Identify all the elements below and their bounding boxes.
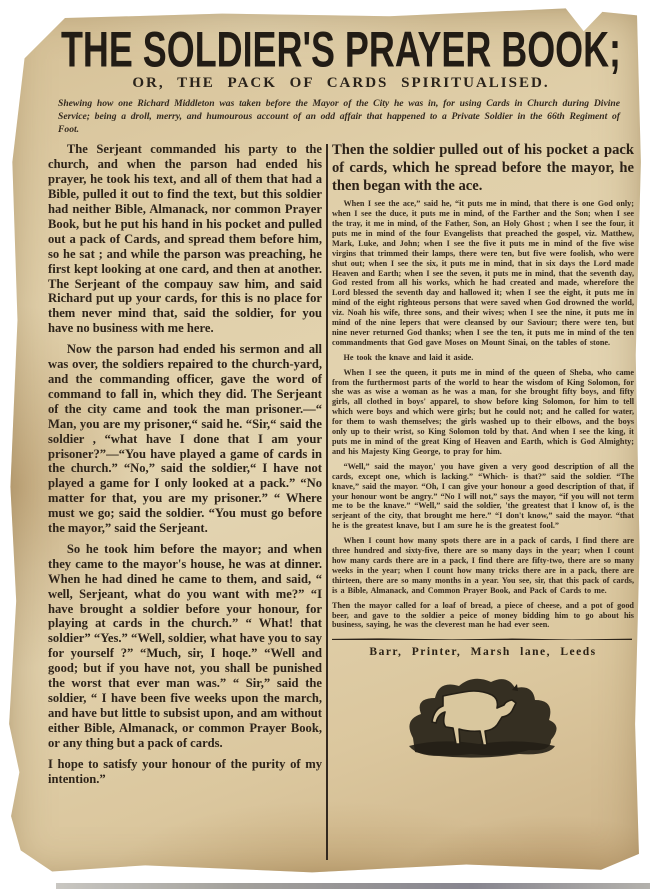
horse-woodcut-icon [399,668,567,760]
left-column: The Serjeant commanded his party to the … [48,142,322,792]
imprint: Barr, Printer, Marsh lane, Leeds [332,646,634,658]
paragraph: Then the mayor called for a loaf of brea… [332,601,634,631]
paragraph: I hope to satisfy your honour of the pur… [48,757,322,787]
scanner-edge-shadow [56,883,650,889]
standfirst: Shewing how one Richard Middleton was ta… [58,98,620,136]
paragraph: When I see the ace,” said he, “it puts m… [332,199,634,348]
column-divider-rule [326,144,328,860]
text-columns: The Serjeant commanded his party to the … [48,142,634,860]
paragraph: The Serjeant commanded his party to the … [48,142,322,336]
paragraph: He took the knave and laid it aside. [332,353,634,363]
paragraph: So he took him before the mayor; and whe… [48,542,322,751]
paragraph: When I see the queen, it puts me in mind… [332,368,634,457]
paragraph: Now the parson had ended his sermon and … [48,342,322,536]
masthead: THE SOLDIER'S PRAYER BOOK; OR, THE PACK … [48,20,634,136]
imprint-rule [332,638,632,640]
subtitle: OR, THE PACK OF CARDS SPIRITUALISED. [48,75,634,92]
right-column: Then the soldier pulled out of his pocke… [332,142,634,760]
paragraph: “Well,” said the mayor,' you have given … [332,462,634,531]
page-title: THE SOLDIER'S PRAYER BOOK; [54,20,629,74]
lead-paragraph: Then the soldier pulled out of his pocke… [332,142,634,195]
svg-text:THE SOLDIER'S PRAYER BOOK;: THE SOLDIER'S PRAYER BOOK; [61,22,621,74]
page-content: THE SOLDIER'S PRAYER BOOK; OR, THE PACK … [4,4,646,860]
broadside-paper: THE SOLDIER'S PRAYER BOOK; OR, THE PACK … [4,4,646,882]
paragraph: When I count how many spots there are in… [332,536,634,595]
